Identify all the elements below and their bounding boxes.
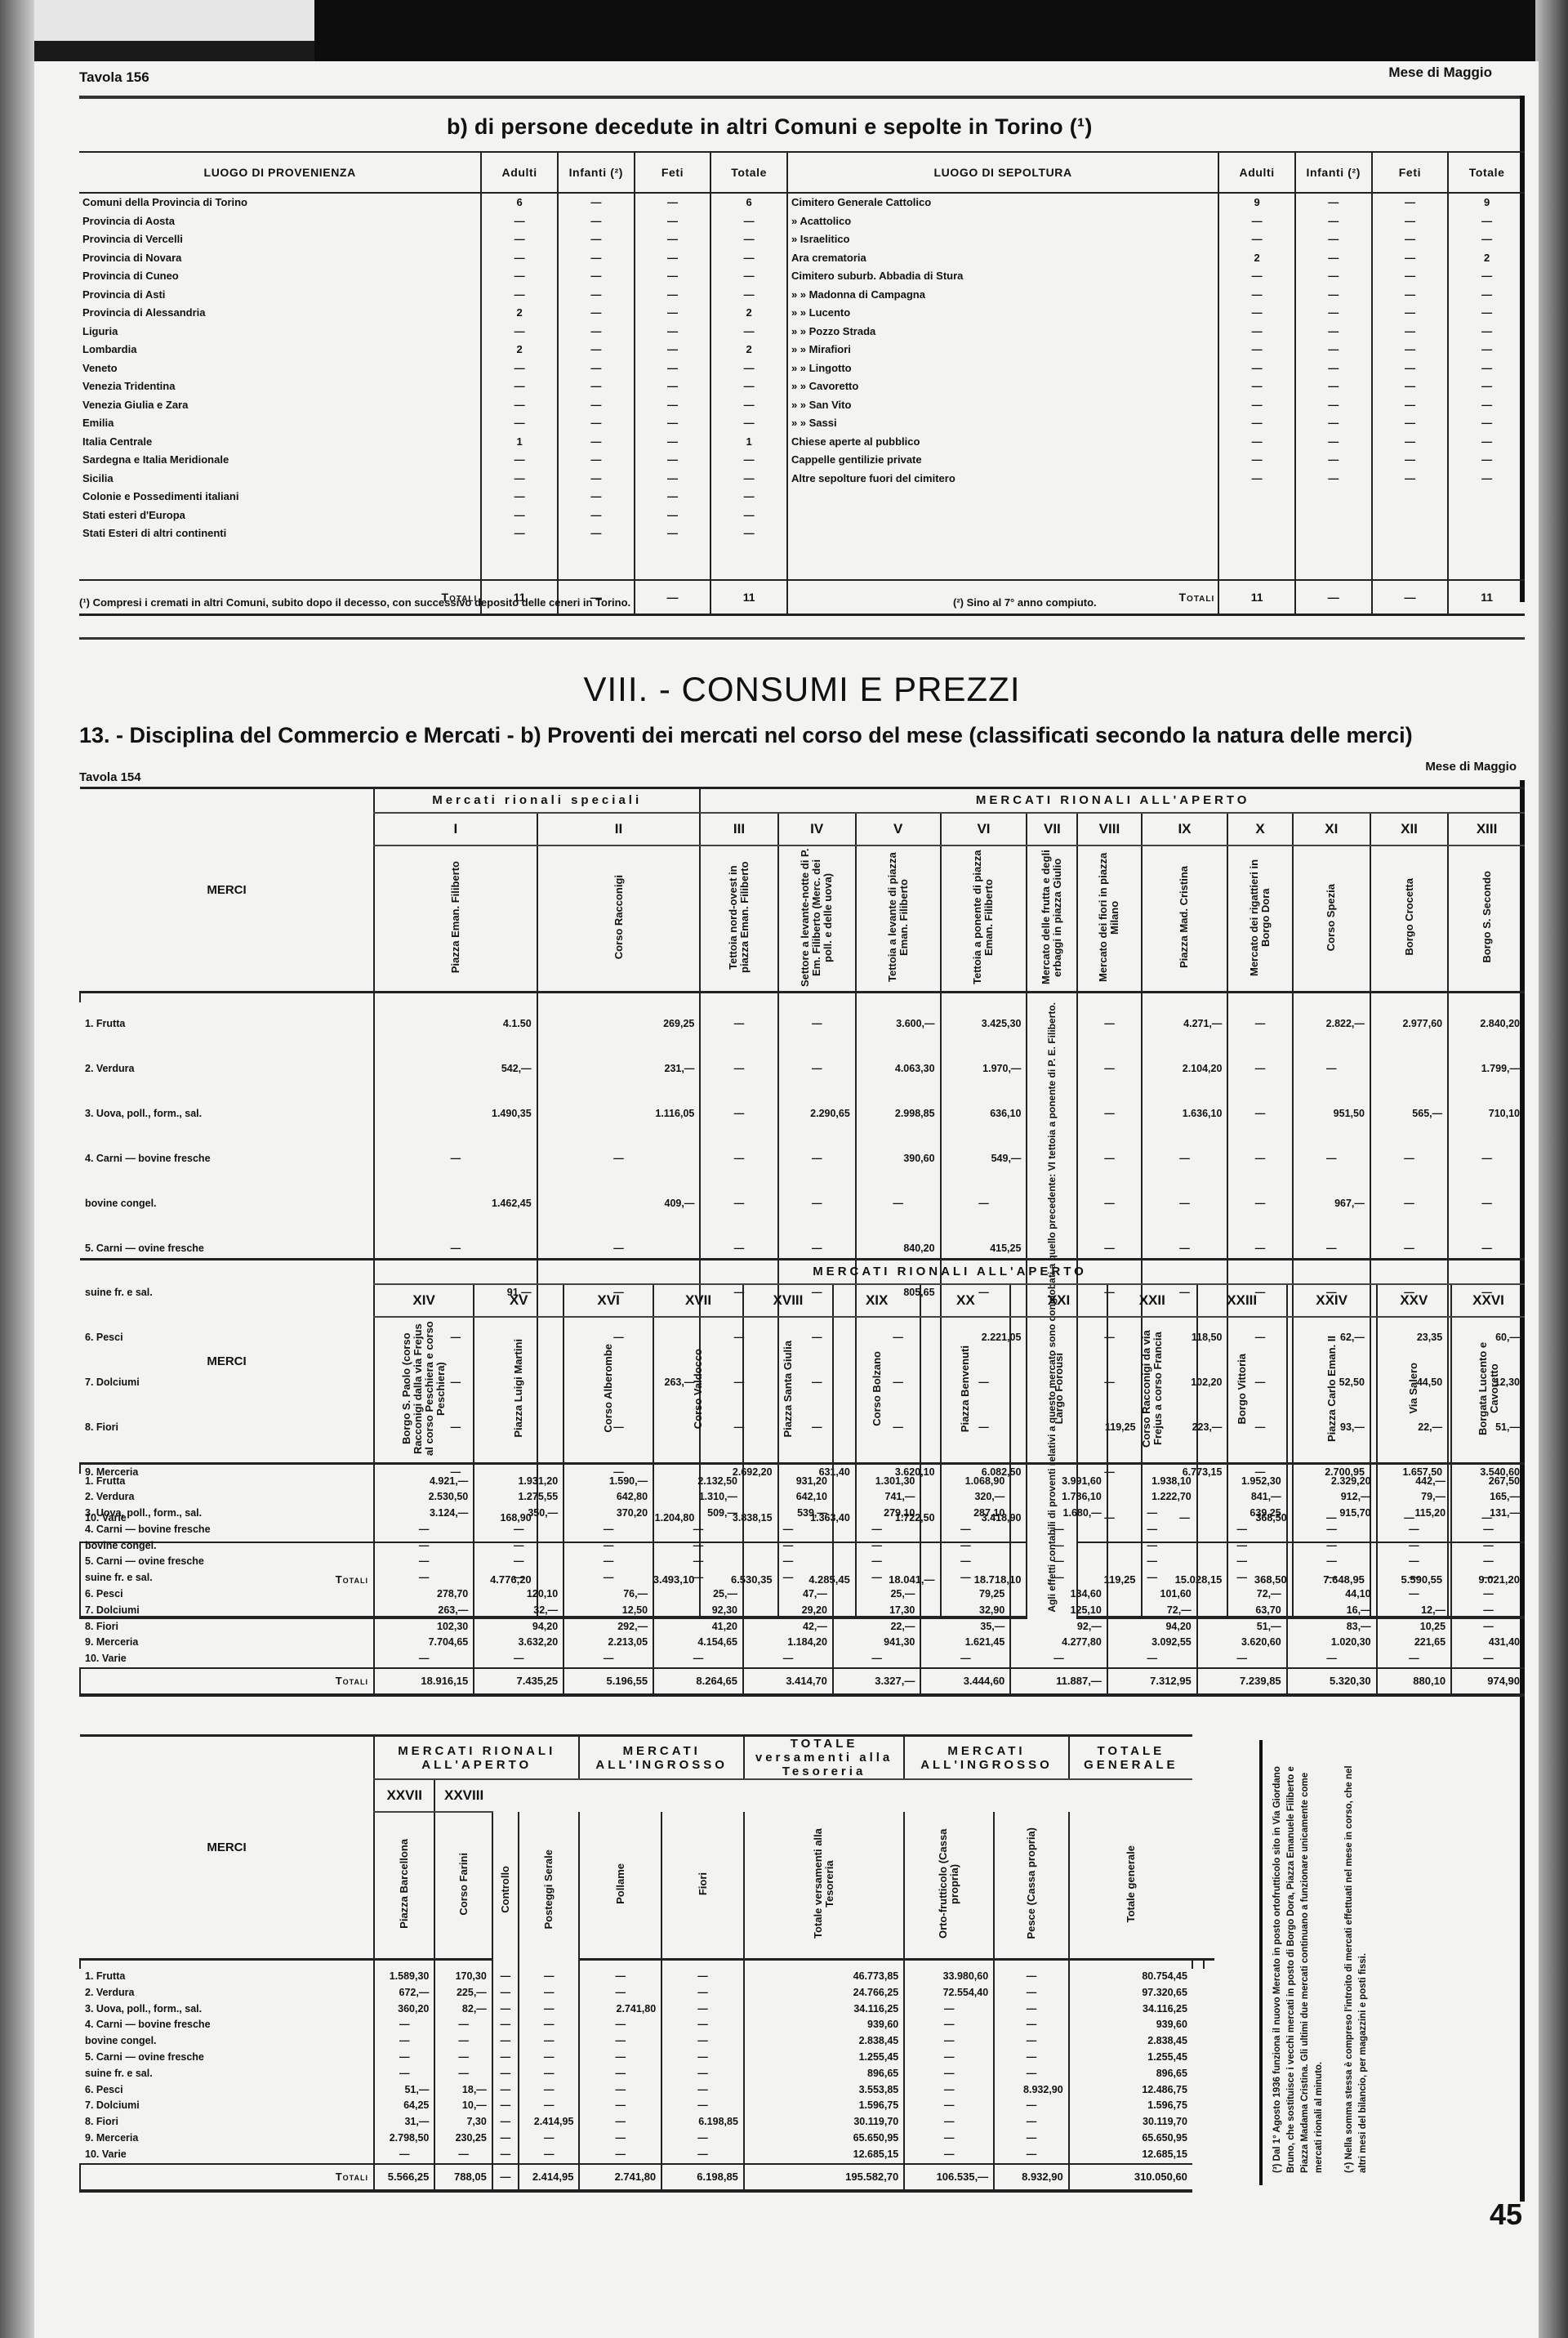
column-number: XIII: [1448, 813, 1525, 846]
sepolture-row: Colonie e Possedimenti italiani————: [79, 488, 1525, 506]
value-cell: 79,25: [920, 1586, 1010, 1603]
provenienza-totale: —: [710, 470, 787, 489]
value-cell: —: [374, 1522, 474, 1538]
value-cell: —: [994, 2017, 1069, 2033]
value-cell: —: [492, 1985, 519, 2001]
provenienza-feti: —: [635, 506, 711, 525]
merci-label: 8. Fiori: [80, 2114, 374, 2131]
provenienza-totale: —: [710, 396, 787, 415]
merci-row: 6. Pesci51,—18,—————3.553,85—8.932,9012.…: [80, 2082, 1214, 2099]
value-cell: 539,—: [743, 1506, 833, 1522]
value-cell: —: [1107, 1506, 1197, 1522]
merci-row: bovine congel.——————2.838,45——2.838,45: [80, 2033, 1214, 2050]
merci-label: 2. Verdura: [80, 1985, 374, 2001]
total-cell: 5.196,55: [563, 1668, 653, 1695]
value-cell: 320,—: [920, 1489, 1010, 1506]
header-infanti: Infanti (²): [558, 152, 635, 193]
sepoltura-label: Cimitero Generale Cattolico: [787, 193, 1218, 212]
sepoltura-label: » Israelitico: [787, 230, 1218, 249]
value-cell: —: [1197, 1522, 1287, 1538]
provenienza-label: Colonie e Possedimenti italiani: [79, 488, 481, 506]
value-cell: 34.116,25: [744, 2001, 904, 2018]
value-cell: —: [1377, 1522, 1451, 1538]
value-cell: 101,60: [1107, 1586, 1197, 1603]
value-cell: 279,10: [833, 1506, 920, 1522]
provenienza-label: Venezia Tridentina: [79, 377, 481, 396]
value-cell: 1.490,35: [374, 1091, 537, 1136]
value-cell: 2.998,85: [856, 1091, 941, 1136]
spacer-cell: [787, 543, 1218, 562]
value-cell: 12.685,15: [1069, 2147, 1192, 2164]
sepoltura-adulti: —: [1218, 230, 1295, 249]
mercati-table-block-3: MERCIMERCATI RIONALI ALL'APERTOMERCATI A…: [79, 1734, 1214, 2193]
provenienza-adulti: 2: [481, 341, 558, 359]
column-label: Corso Farini: [434, 1812, 492, 1959]
provenienza-adulti: —: [481, 359, 558, 378]
merci-row: 9. Merceria2.798,50230,25————65.650,95——…: [80, 2131, 1214, 2147]
column-label: Tettoia nord-ovest in piazza Eman. Filib…: [700, 846, 777, 993]
sepoltura-label: Ara crematoria: [787, 249, 1218, 268]
value-cell: —: [374, 1570, 474, 1586]
merci-row: 2. Verdura672,—225,—————24.766,2572.554,…: [80, 1985, 1214, 2001]
value-cell: —: [904, 2017, 994, 2033]
value-cell: 94,20: [1107, 1619, 1197, 1635]
value-cell: —: [492, 2050, 519, 2066]
provenienza-feti: —: [635, 488, 711, 506]
sepoltura-adulti: —: [1218, 414, 1295, 433]
column-label: Corso Spezia: [1293, 846, 1370, 993]
value-cell: —: [994, 2098, 1069, 2114]
separator-cell: [1192, 1959, 1204, 1969]
value-cell: —: [904, 2131, 994, 2147]
sepoltura-feti: [1372, 524, 1449, 543]
value-cell: 22,—: [833, 1619, 920, 1635]
column-label-text: Borgo Crocetta: [1404, 878, 1415, 956]
value-cell: —: [994, 2050, 1069, 2066]
separator-cell: [941, 993, 1027, 1002]
provenienza-totale: —: [710, 267, 787, 286]
merci-label: 8. Fiori: [80, 1619, 374, 1635]
header-luogo-sepoltura: LUOGO DI SEPOLTURA: [787, 152, 1218, 193]
sepoltura-feti: —: [1372, 433, 1449, 452]
provenienza-infanti: —: [558, 286, 635, 305]
provenienza-label: Liguria: [79, 323, 481, 341]
merci-label: 9. Merceria: [80, 2131, 374, 2147]
value-cell: —: [1010, 1651, 1107, 1668]
value-cell: —: [579, 2033, 661, 2050]
provenienza-feti: —: [635, 470, 711, 489]
provenienza-label: Sardegna e Italia Meridionale: [79, 451, 481, 470]
value-cell: 1.680,—: [1010, 1506, 1107, 1522]
sepoltura-adulti: —: [1218, 396, 1295, 415]
sepoltura-label: Altre sepolture fuori del cimitero: [787, 470, 1218, 489]
value-cell: —: [519, 2082, 579, 2099]
provenienza-totale: —: [710, 286, 787, 305]
provenienza-label: Venezia Giulia e Zara: [79, 396, 481, 415]
value-cell: —: [492, 2001, 519, 2018]
sepoltura-totale: [1448, 488, 1525, 506]
merci-label: 9. Merceria: [80, 1635, 374, 1651]
column-label: Totale generale: [1069, 1812, 1192, 1959]
column-number: XXIII: [1197, 1284, 1287, 1317]
merci-label: 7. Dolciumi: [80, 1603, 374, 1619]
provenienza-totale: —: [710, 451, 787, 470]
provenienza-feti: —: [635, 341, 711, 359]
column-label: Corso Valdocco: [653, 1317, 743, 1464]
value-cell: 24.766,25: [744, 1985, 904, 2001]
sepoltura-feti: —: [1372, 230, 1449, 249]
column-number: XXIV: [1287, 1284, 1377, 1317]
value-cell: 1.970,—: [941, 1046, 1027, 1091]
value-cell: 102,30: [374, 1619, 474, 1635]
total-cell: 195.582,70: [744, 2164, 904, 2191]
merci-row: 8. Fiori102,3094,20292,—41,2042,—22,—35,…: [80, 1619, 1525, 1635]
value-cell: 565,—: [1370, 1091, 1448, 1136]
value-cell: —: [1451, 1570, 1525, 1586]
value-cell: 2.132,50: [653, 1474, 743, 1490]
value-cell: —: [374, 2033, 434, 2050]
sepoltura-infanti: —: [1295, 396, 1372, 415]
separator-cell: [1451, 1464, 1525, 1474]
separator-cell: [778, 993, 856, 1002]
value-cell: —: [1451, 1554, 1525, 1570]
total-cell: 8.932,90: [994, 2164, 1069, 2191]
provenienza-label: Provincia di Novara: [79, 249, 481, 268]
mese-label: Mese di Maggio: [1425, 760, 1517, 774]
value-cell: —: [1293, 1046, 1370, 1091]
separator-cell: [1107, 1464, 1197, 1474]
sepoltura-infanti: [1295, 506, 1372, 525]
total-cell: 106.535,—: [904, 2164, 994, 2191]
footnote-2: (²) Sino al 7° anno compiuto.: [953, 596, 1097, 609]
value-cell: —: [920, 1554, 1010, 1570]
total-cell: 3.444,60: [920, 1668, 1010, 1695]
column-label: Borgo S. Paolo (corso Racconigi dalla vi…: [374, 1317, 474, 1464]
column-label-text: Via Salero: [1408, 1363, 1419, 1414]
value-cell: [1370, 1046, 1448, 1091]
separator-cell: [1204, 1959, 1214, 1969]
sepoltura-adulti: —: [1218, 212, 1295, 231]
value-cell: 287,10: [920, 1506, 1010, 1522]
value-cell: —: [537, 1136, 701, 1181]
value-cell: —: [941, 1181, 1027, 1226]
provenienza-adulti: 2: [481, 304, 558, 323]
value-cell: —: [856, 1181, 941, 1226]
value-cell: —: [743, 1522, 833, 1538]
column-number: I: [374, 813, 537, 846]
value-cell: 442,—: [1377, 1474, 1451, 1490]
column-label-text: Borgo Vittoria: [1236, 1354, 1248, 1424]
sepoltura-label: » » San Vito: [787, 396, 1218, 415]
value-cell: —: [1010, 1538, 1107, 1555]
separator-cell: [856, 993, 941, 1002]
group-header-row: MERCIMERCATI RIONALI ALL'APERTOMERCATI A…: [80, 1736, 1214, 1780]
sepoltura-infanti: —: [1295, 341, 1372, 359]
value-cell: —: [374, 1651, 474, 1668]
group-mercati-aperto: MERCATI RIONALI ALL'APERTO: [700, 788, 1525, 813]
provenienza-feti: —: [635, 212, 711, 231]
column-number: XII: [1370, 813, 1448, 846]
value-cell: 2.290,65: [778, 1091, 856, 1136]
merci-row: 7. Dolciumi263,—32,—12,5092,3029,2017,30…: [80, 1603, 1525, 1619]
section-title: VIII. - CONSUMI E PREZZI: [79, 670, 1525, 709]
sepoltura-totale: —: [1448, 230, 1525, 249]
column-label-text: Borgo S. Secondo: [1481, 871, 1493, 963]
provenienza-totale: —: [710, 524, 787, 543]
sepoltura-label: [787, 506, 1218, 525]
merci-label: 6. Pesci: [80, 2082, 374, 2099]
column-label-text: Borgata Lucento e Cavoretto: [1477, 1319, 1500, 1458]
value-cell: —: [374, 2017, 434, 2033]
value-cell: 4.921,—: [374, 1474, 474, 1490]
total-cell: 2.741,80: [579, 2164, 661, 2191]
value-cell: —: [1293, 1136, 1370, 1181]
value-cell: 1.786,10: [1010, 1489, 1107, 1506]
sepoltura-totale: —: [1448, 341, 1525, 359]
group-mercati-ingrosso-2: MERCATI ALL'INGROSSO: [904, 1736, 1068, 1780]
merci-label: 5. Carni — ovine fresche: [80, 2050, 374, 2066]
value-cell: 642,80: [563, 1489, 653, 1506]
value-cell: —: [1287, 1651, 1377, 1668]
total-cell: 5.566,25: [374, 2164, 434, 2191]
value-cell: —: [492, 2131, 519, 2147]
separator-cell: [1077, 993, 1141, 1002]
sepoltura-adulti: —: [1218, 323, 1295, 341]
provenienza-feti: —: [635, 249, 711, 268]
provenienza-adulti: —: [481, 323, 558, 341]
column-label: Piazza Eman. Filiberto: [374, 846, 537, 993]
value-cell: 221,65: [1377, 1635, 1451, 1651]
provenienza-label: Sicilia: [79, 470, 481, 489]
value-cell: 3.553,85: [744, 2082, 904, 2099]
merci-header: MERCI: [80, 1260, 374, 1464]
spacer-cell: [481, 543, 558, 562]
value-cell: —: [653, 1538, 743, 1555]
separator-cell: [1197, 1464, 1287, 1474]
provenienza-infanti: —: [558, 212, 635, 231]
value-cell: 1.310,—: [653, 1489, 743, 1506]
value-cell: 636,10: [941, 1091, 1027, 1136]
column-label: Fiori: [661, 1812, 744, 1959]
provenienza-feti: —: [635, 396, 711, 415]
sepoltura-adulti: [1218, 524, 1295, 543]
column-label: Pollame: [579, 1812, 661, 1959]
separator-cell: [1027, 993, 1077, 1002]
column-label: Totale versamenti alla Tesoreria: [744, 1812, 904, 1959]
value-cell: —: [374, 1554, 474, 1570]
column-number: VI: [941, 813, 1027, 846]
value-cell: 12.685,15: [744, 2147, 904, 2164]
value-cell: 642,10: [743, 1489, 833, 1506]
value-cell: 292,—: [563, 1619, 653, 1635]
provenienza-totale: —: [710, 212, 787, 231]
value-cell: —: [579, 2017, 661, 2033]
value-cell: 4.063,30: [856, 1046, 941, 1091]
value-cell: —: [579, 2131, 661, 2147]
provenienza-infanti: —: [558, 230, 635, 249]
header-luogo-provenienza: LUOGO DI PROVENIENZA: [79, 152, 481, 193]
column-label: Mercato delle frutta e degli erbaggi in …: [1027, 846, 1077, 993]
value-cell: —: [579, 2082, 661, 2099]
footnote-1: (¹) Compresi i cremati in altri Comuni, …: [79, 596, 630, 609]
merci-row: 4. Carni — bovine fresche—————————————: [80, 1522, 1525, 1538]
value-cell: —: [579, 1969, 661, 1985]
value-cell: 92,—: [1010, 1619, 1107, 1635]
provenienza-infanti: —: [558, 323, 635, 341]
value-cell: —: [743, 1538, 833, 1555]
merci-label: 5. Carni — ovine fresche: [80, 1554, 374, 1570]
sepoltura-feti: —: [1372, 323, 1449, 341]
merci-label: 4. Carni — bovine fresche: [80, 2017, 374, 2033]
value-cell: —: [1010, 1522, 1107, 1538]
value-cell: 1.462,45: [374, 1181, 537, 1226]
merci-row: suine fr. e sal.——————896,65——896,65: [80, 2066, 1214, 2082]
column-label-text: Pesce (Cassa propria): [1026, 1827, 1037, 1939]
footnote-4: (⁴) Nella somma stessa è compreso l'intr…: [1343, 1752, 1370, 2173]
value-cell: —: [833, 1538, 920, 1555]
column-number: IX: [1142, 813, 1228, 846]
mercati-table-block-2: MERCIMERCATI RIONALI ALL'APERTOXIVXVXVIX…: [79, 1258, 1525, 1697]
value-cell: —: [1451, 1603, 1525, 1619]
provenienza-adulti: —: [481, 506, 558, 525]
spacer-cell: [1295, 543, 1372, 562]
spacer-cell: [635, 561, 711, 580]
provenienza-feti: —: [635, 304, 711, 323]
value-cell: —: [519, 2147, 579, 2164]
value-cell: 542,—: [374, 1046, 537, 1091]
column-label: Borgata Lucento e Cavoretto: [1451, 1317, 1525, 1464]
merci-label: bovine congel.: [80, 2033, 374, 2050]
sepoltura-adulti: —: [1218, 433, 1295, 452]
provenienza-infanti: —: [558, 414, 635, 433]
value-cell: 82,—: [434, 2001, 492, 2018]
value-cell: —: [374, 2147, 434, 2164]
sepoltura-totale: —: [1448, 433, 1525, 452]
separator-cell: [661, 1959, 744, 1969]
sepolture-row: Provincia di Aosta————» Acattolico————: [79, 212, 1525, 231]
value-cell: 64,25: [374, 2098, 434, 2114]
value-cell: 1.952,30: [1197, 1474, 1287, 1490]
spacer-row: [79, 543, 1525, 562]
value-cell: 31,—: [374, 2114, 434, 2131]
value-cell: 35,—: [920, 1619, 1010, 1635]
value-cell: —: [1377, 1651, 1451, 1668]
value-cell: —: [1197, 1554, 1287, 1570]
sepoltura-feti: —: [1372, 249, 1449, 268]
provenienza-totale: —: [710, 377, 787, 396]
merci-row: 5. Carni — ovine fresche——————1.255,45——…: [80, 2050, 1214, 2066]
value-cell: —: [1197, 1651, 1287, 1668]
value-cell: —: [661, 2098, 744, 2114]
value-cell: —: [474, 1522, 563, 1538]
value-cell: —: [1227, 1181, 1292, 1226]
value-cell: 17,30: [833, 1603, 920, 1619]
value-cell: —: [519, 2131, 579, 2147]
value-cell: 72.554,40: [904, 1985, 994, 2001]
total-cell: 6.198,85: [661, 2164, 744, 2191]
sepolture-row: Provincia di Cuneo————Cimitero suburb. A…: [79, 267, 1525, 286]
merci-label: bovine congel.: [80, 1538, 374, 1555]
provenienza-totale: —: [710, 506, 787, 525]
sepolture-row: Stati Esteri di altri continenti————: [79, 524, 1525, 543]
value-cell: 2.822,—: [1293, 1002, 1370, 1047]
value-cell: —: [700, 1002, 777, 1047]
sepoltura-totale: —: [1448, 414, 1525, 433]
value-cell: 76,—: [563, 1586, 653, 1603]
sepolture-row: Provincia di Novara————Ara crematoria2——…: [79, 249, 1525, 268]
value-cell: —: [661, 2033, 744, 2050]
sepoltura-totale: 2: [1448, 249, 1525, 268]
value-cell: —: [778, 1181, 856, 1226]
separator-cell: [1227, 993, 1292, 1002]
value-cell: —: [519, 1969, 579, 1985]
value-cell: 1.255,45: [744, 2050, 904, 2066]
value-cell: —: [994, 2131, 1069, 2147]
value-cell: 1.931,20: [474, 1474, 563, 1490]
separator-row: [80, 1464, 1525, 1474]
value-cell: —: [1107, 1554, 1197, 1570]
value-cell: 1.301,30: [833, 1474, 920, 1490]
value-cell: —: [653, 1522, 743, 1538]
value-cell: 2.741,80: [579, 2001, 661, 2018]
value-cell: —: [994, 2147, 1069, 2164]
separator-cell: [1069, 1959, 1192, 1969]
provenienza-totale: —: [710, 359, 787, 378]
value-cell: 3.991,60: [1010, 1474, 1107, 1490]
value-cell: —: [1451, 1538, 1525, 1555]
value-cell: —: [661, 2050, 744, 2066]
sepoltura-infanti: —: [1295, 377, 1372, 396]
sepoltura-infanti: —: [1295, 249, 1372, 268]
provenienza-label: Provincia di Asti: [79, 286, 481, 305]
value-cell: —: [1077, 1002, 1141, 1047]
column-label: Pesce (Cassa propria): [994, 1812, 1069, 1959]
value-cell: 16,—: [1287, 1603, 1377, 1619]
value-cell: 115,20: [1377, 1506, 1451, 1522]
separator-cell: [833, 1464, 920, 1474]
value-cell: —: [374, 2050, 434, 2066]
merci-label: 2. Verdura: [80, 1046, 374, 1091]
value-cell: —: [1077, 1046, 1141, 1091]
provenienza-totale: 2: [710, 341, 787, 359]
value-cell: —: [1227, 1091, 1292, 1136]
value-cell: —: [519, 2098, 579, 2114]
sepoltura-feti: —: [1372, 470, 1449, 489]
provenienza-adulti: —: [481, 470, 558, 489]
spacer-cell: [1218, 561, 1295, 580]
sepoltura-totale: —: [1448, 267, 1525, 286]
value-cell: —: [1227, 1002, 1292, 1047]
provenienza-totale: —: [710, 323, 787, 341]
column-label: Piazza Mad. Cristina: [1142, 846, 1228, 993]
total-cell: 3.327,—: [833, 1668, 920, 1695]
value-cell: —: [833, 1570, 920, 1586]
provenienza-totale: —: [710, 488, 787, 506]
provenienza-feti: —: [635, 267, 711, 286]
value-cell: —: [1142, 1136, 1228, 1181]
merci-row: 1. Frutta1.589,30170,30————46.773,8533.9…: [80, 1969, 1214, 1985]
value-cell: —: [1377, 1538, 1451, 1555]
totals-row: Totali5.566,25788,05—2.414,952.741,806.1…: [80, 2164, 1214, 2191]
sepolture-row: Sardegna e Italia Meridionale————Cappell…: [79, 451, 1525, 470]
separator-cell: [743, 1464, 833, 1474]
column-number: VIII: [1077, 813, 1141, 846]
provenienza-adulti: —: [481, 451, 558, 470]
provenienza-infanti: —: [558, 267, 635, 286]
merci-label: 3. Uova, poll., form., sal.: [80, 2001, 374, 2018]
sepoltura-feti: —: [1372, 212, 1449, 231]
value-cell: —: [661, 2001, 744, 2018]
